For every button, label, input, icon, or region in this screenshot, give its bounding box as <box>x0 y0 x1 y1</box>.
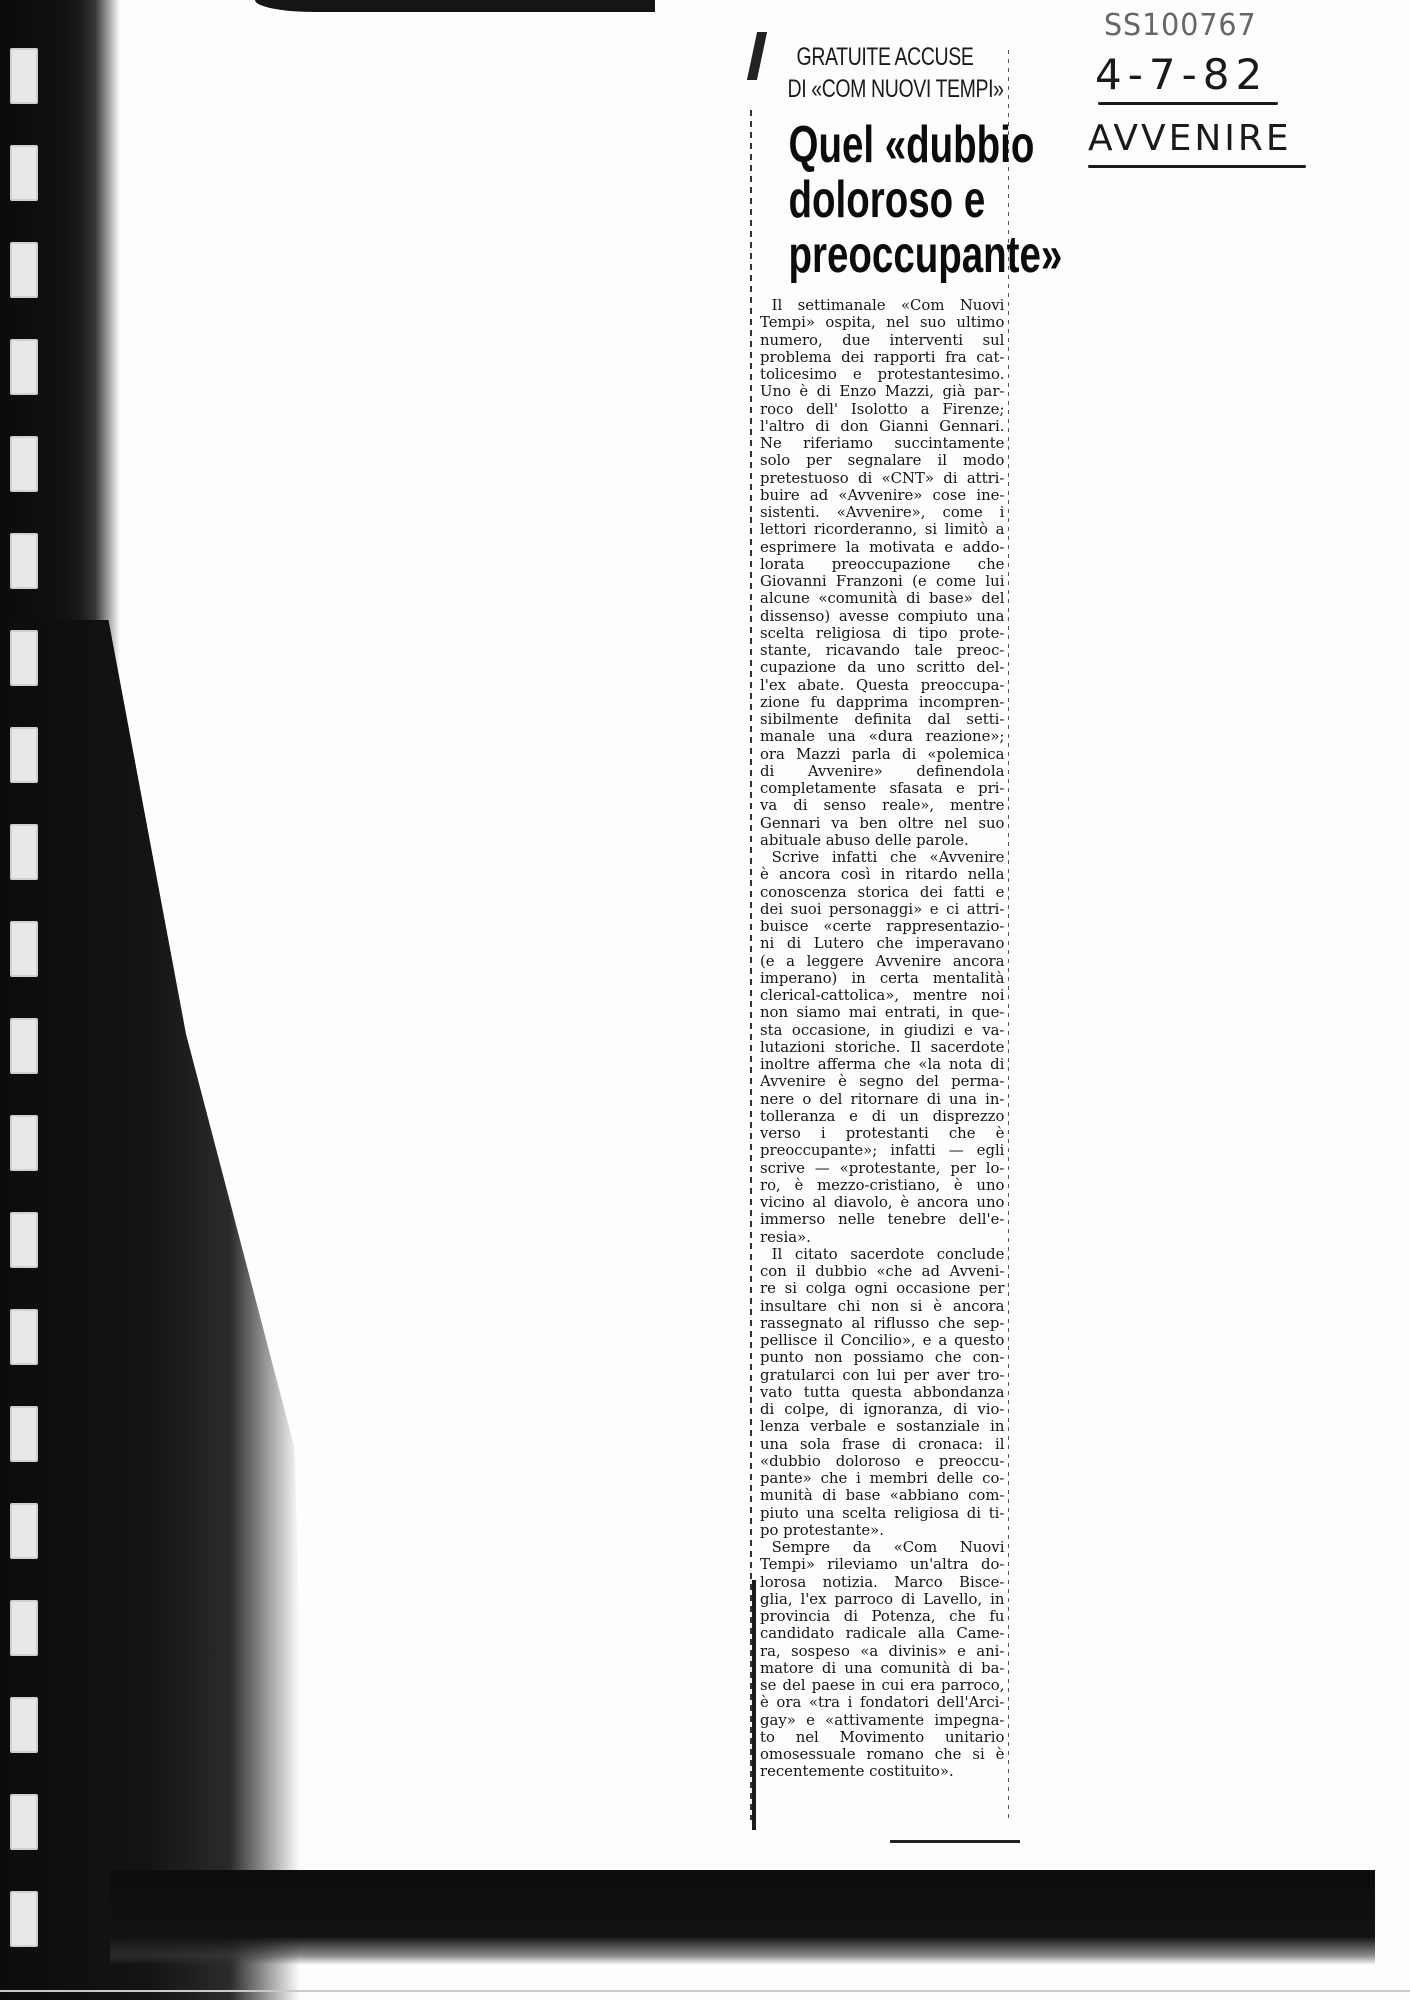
article-headline-line-2: doloroso e <box>789 172 980 228</box>
article-headline-line-1: Quel «dubbio <box>789 117 980 173</box>
article-line: sistenti. «Avvenire», come i <box>760 504 1004 521</box>
punch-hole <box>10 436 38 492</box>
article-line: lorata preoccupazione che <box>760 556 1004 573</box>
article-line: se del paese in cui era parroco, <box>760 1677 1004 1694</box>
article-line: lorosa notizia. Marco Bisce- <box>760 1574 1004 1591</box>
article-line: sibilmente definita dal setti- <box>760 711 1004 728</box>
article-line: Gennari va ben oltre nel suo <box>760 815 1004 832</box>
article-line: stante, ricavando tale preoc- <box>760 642 1004 659</box>
handwritten-source: AVVENIRE <box>1088 118 1292 159</box>
punch-hole <box>10 1697 38 1753</box>
article-line: «dubbio doloroso e preoccu- <box>760 1453 1004 1470</box>
article-line: rassegnato al riflusso che sep- <box>760 1315 1004 1332</box>
article-line: imperano) in certa mentalità <box>760 970 1004 987</box>
article-line: con il dubbio «che ad Avveni- <box>760 1263 1004 1280</box>
article-line: numero, due interventi sul <box>760 332 1004 349</box>
scan-shadow-top <box>255 0 655 12</box>
punch-hole <box>10 242 38 298</box>
punch-hole <box>10 533 38 589</box>
article-line: punto non possiamo che con- <box>760 1349 1004 1366</box>
article-line: munità di base «abbiano com- <box>760 1487 1004 1504</box>
article-line: Il citato sacerdote conclude <box>760 1246 1004 1263</box>
article-line: l'altro di don Gianni Gennari. <box>760 418 1004 435</box>
article-line: solo per segnalare il modo <box>760 452 1004 469</box>
article-kicker-line-2: DI «COM NUOVI TEMPI» <box>788 75 983 104</box>
article-line: provincia di Potenza, che fu <box>760 1608 1004 1625</box>
article-line: Giovanni Franzoni (e come lui <box>760 573 1004 590</box>
article-line: pellisce il Concilio», e a questo <box>760 1332 1004 1349</box>
article-line: piuto una scelta religiosa di ti- <box>760 1505 1004 1522</box>
handwritten-date: 4-7-82 <box>1095 50 1268 99</box>
punch-hole <box>10 1794 38 1850</box>
article-line: sta occasione, in giudizi e va- <box>760 1022 1004 1039</box>
article-line: pante» che i membri delle co- <box>760 1470 1004 1487</box>
article-paragraph: Il settimanale «Com NuoviTempi» ospita, … <box>760 297 1012 849</box>
article-line: verso i protestanti che è <box>760 1125 1004 1142</box>
punch-hole <box>10 1309 38 1365</box>
article-line: Avvenire è segno del perma- <box>760 1073 1004 1090</box>
article-body: Il settimanale «Com NuoviTempi» ospita, … <box>760 297 1012 1781</box>
punch-hole <box>10 48 38 104</box>
article-paragraph: Sempre da «Com NuoviTempi» rileviamo un'… <box>760 1539 1012 1781</box>
article-line: re si colga ogni occasione per <box>760 1280 1004 1297</box>
article-line: scelta religiosa di tipo prote- <box>760 625 1004 642</box>
article-line: cupazione da uno scritto del- <box>760 659 1004 676</box>
punch-hole <box>10 1503 38 1559</box>
article-line: vicino al diavolo, è ancora uno <box>760 1194 1004 1211</box>
article-line: è ancora così in ritardo nella <box>760 866 1004 883</box>
article-line: Sempre da «Com Nuovi <box>760 1539 1004 1556</box>
article-line: zione fu dapprima incompren- <box>760 694 1004 711</box>
article-line: Scrive infatti che «Avvenire <box>760 849 1004 866</box>
article-line: non siamo mai entrati, in que- <box>760 1004 1004 1021</box>
article-line: di colpe, di ignoranza, di vio- <box>760 1401 1004 1418</box>
article-line: buisce «certe rappresentazio- <box>760 918 1004 935</box>
punch-hole <box>10 1018 38 1074</box>
article-line: clerical-cattolica», mentre noi <box>760 987 1004 1004</box>
punch-hole <box>10 1891 38 1947</box>
article-line: dissenso) avesse compiuto una <box>760 608 1004 625</box>
article-line: problema dei rapporti fra cat- <box>760 349 1004 366</box>
article-line: è ora «tra i fondatori dell'Arci- <box>760 1694 1004 1711</box>
article-line: alcune «comunità di base» del <box>760 590 1004 607</box>
article-line: dei suoi personaggi» e ci attri- <box>760 901 1004 918</box>
article-line: conoscenza storica dei fatti e <box>760 884 1004 901</box>
article-line: nere o del ritornare di una in- <box>760 1091 1004 1108</box>
archive-id: SS100767 <box>1104 8 1257 43</box>
article-line: tolicesimo e protestantesimo. <box>760 366 1004 383</box>
clipping-bottom-edge <box>890 1840 1020 1843</box>
article-line: Il settimanale «Com Nuovi <box>760 297 1004 314</box>
punch-hole <box>10 630 38 686</box>
article-line: esprimere la motivata e addo- <box>760 539 1004 556</box>
article-line: l'ex abate. Questa preoccupa- <box>760 677 1004 694</box>
article-line: ro, è mezzo-cristiano, è uno <box>760 1177 1004 1194</box>
article-line: abituale abuso delle parole. <box>760 832 1004 849</box>
article-line: Ne riferiamo succintamente <box>760 435 1004 452</box>
article-line: gay» e «attivamente impegna- <box>760 1712 1004 1729</box>
article-line: va di senso reale», mentre <box>760 797 1004 814</box>
punch-hole <box>10 339 38 395</box>
punch-hole <box>10 727 38 783</box>
punch-hole <box>10 1406 38 1462</box>
article-line: lettori ricorderanno, si limitò a <box>760 521 1004 538</box>
article-line: lutazioni storiche. Il sacerdote <box>760 1039 1004 1056</box>
article-line: to nel Movimento unitario <box>760 1729 1004 1746</box>
article-line: ra, sospeso «a divinis» e ani- <box>760 1643 1004 1660</box>
article-line: (e a leggere Avvenire ancora <box>760 953 1004 970</box>
article-line: insultare chi non si è ancora <box>760 1298 1004 1315</box>
article-line: manale una «dura reazione»; <box>760 728 1004 745</box>
article-paragraph: Scrive infatti che «Avvenireè ancora cos… <box>760 849 1012 1246</box>
article-line: glia, l'ex parroco di Lavello, in <box>760 1591 1004 1608</box>
punch-hole <box>10 1212 38 1268</box>
article-line: vato tutta questa abbondanza <box>760 1384 1004 1401</box>
article-line: Tempi» ospita, nel suo ultimo <box>760 314 1004 331</box>
source-underline <box>1088 165 1306 168</box>
article-paragraph: Il citato sacerdote concludecon il dubbi… <box>760 1246 1012 1539</box>
article-line: Uno è di Enzo Mazzi, già par- <box>760 383 1004 400</box>
article-headline-line-3: preoccupante» <box>789 227 980 283</box>
clipping-left-edge-dark <box>752 1580 756 1830</box>
punch-hole <box>10 1600 38 1656</box>
article-line: completamente sfasata e pri- <box>760 780 1004 797</box>
clipping-left-edge <box>750 110 752 1820</box>
article-line: omosessuale romano che si è <box>760 1746 1004 1763</box>
article-line: po protestante». <box>760 1522 1004 1539</box>
article-line: scrive — «protestante, per lo- <box>760 1160 1004 1177</box>
article-line: lenza verbale e sostanziale in <box>760 1418 1004 1435</box>
article-line: roco dell' Isolotto a Firenze; <box>760 401 1004 418</box>
punch-hole <box>10 145 38 201</box>
article-line: preoccupante»; infatti — egli <box>760 1142 1004 1159</box>
article-kicker-line-1: GRATUITE ACCUSE <box>788 43 983 72</box>
article-line: recentemente costituito». <box>760 1763 1004 1780</box>
article-line: ora Mazzi parla di «polemica <box>760 746 1004 763</box>
article-line: buire ad «Avvenire» cose ine- <box>760 487 1004 504</box>
page-edge <box>0 1990 1410 1992</box>
scan-shadow-bottom <box>110 1870 1375 1965</box>
article-line: di Avvenire» definendola <box>760 763 1004 780</box>
article-line: pretestuoso di «CNT» di attri- <box>760 470 1004 487</box>
article-line: una sola frase di cronaca: il <box>760 1436 1004 1453</box>
article-line: Tempi» rileviamo un'altra do- <box>760 1556 1004 1573</box>
article-line: candidato radicale alla Came- <box>760 1625 1004 1642</box>
article-line: gratularci con lui per aver tro- <box>760 1367 1004 1384</box>
article-line: resia». <box>760 1229 1004 1246</box>
article-line: matore di una comunità di ba- <box>760 1660 1004 1677</box>
article-line: tolleranza e di un disprezzo <box>760 1108 1004 1125</box>
article-line: immerso nelle tenebre dell'e- <box>760 1211 1004 1228</box>
date-underline <box>1098 102 1278 105</box>
punch-hole <box>10 824 38 880</box>
article-line: inoltre afferma che «la nota di <box>760 1056 1004 1073</box>
article-line: ni di Lutero che imperavano <box>760 935 1004 952</box>
punch-hole <box>10 1115 38 1171</box>
punch-hole <box>10 921 38 977</box>
